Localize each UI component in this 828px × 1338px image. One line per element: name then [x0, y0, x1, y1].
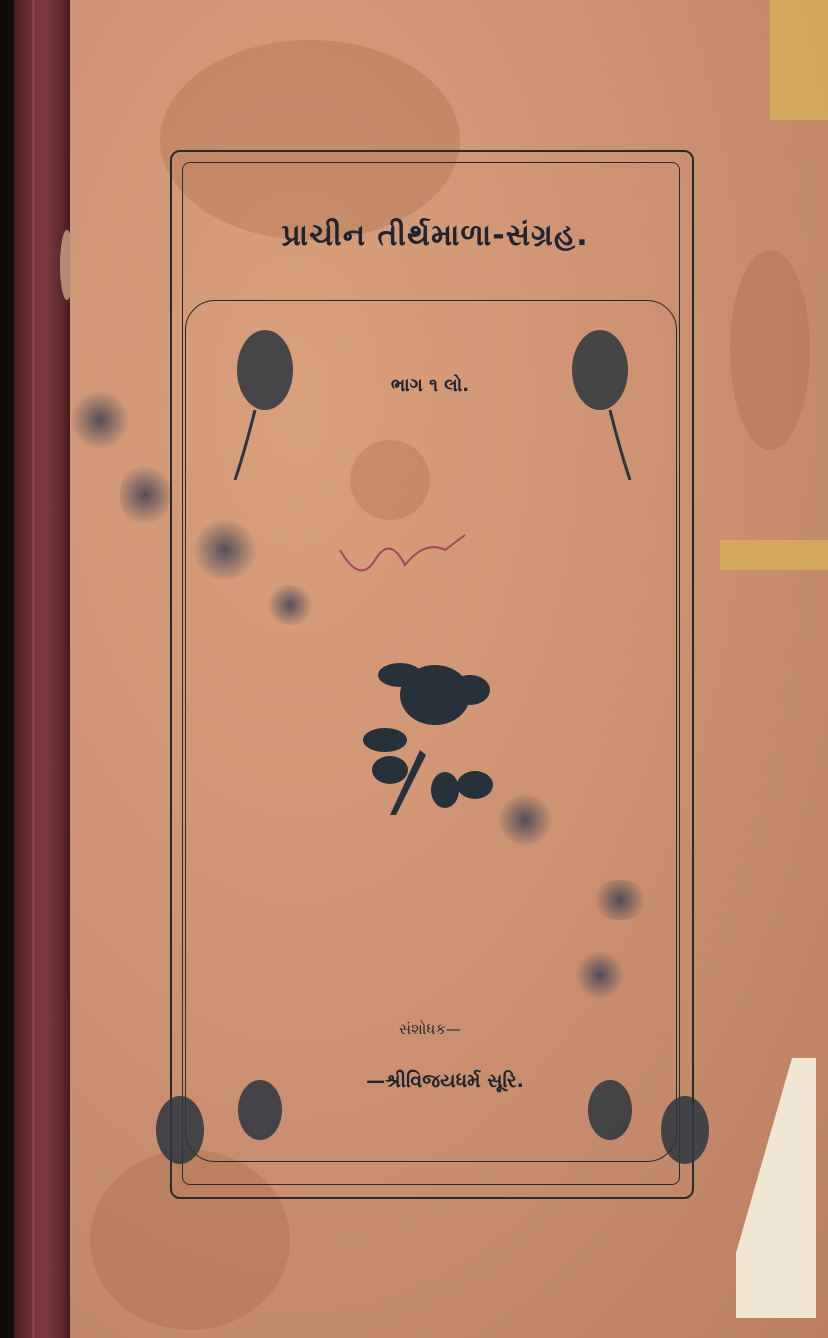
tulip-bud-icon [225, 320, 315, 480]
spine-texture [32, 0, 35, 1338]
editor-label: સંશોધક— [360, 1020, 500, 1038]
worn-edge [770, 0, 828, 120]
volume-label: ભાગ ૧ લો. [360, 375, 500, 396]
rose-illustration-icon [360, 650, 510, 820]
worn-edge [720, 540, 828, 570]
tulip-bud-icon [550, 320, 640, 480]
pencil-scribble [335, 530, 475, 590]
tulip-bud-icon [570, 1070, 720, 1190]
ink-blot [120, 460, 170, 530]
editor-name: —શ્રીવિજયધર્મ સૂરિ. [310, 1070, 580, 1092]
cloth-spine [14, 0, 72, 1338]
water-stain [730, 250, 810, 450]
tulip-bud-icon [150, 1070, 300, 1190]
ink-blot [70, 390, 130, 450]
book-cover-photo: પ્રાચીન તીર્થમાળા-સંગ્રહ. ભાગ ૧ લો. સંશો… [0, 0, 828, 1338]
book-title: પ્રાચીન તીર્થમાળા-સંગ્રહ. [240, 218, 630, 253]
